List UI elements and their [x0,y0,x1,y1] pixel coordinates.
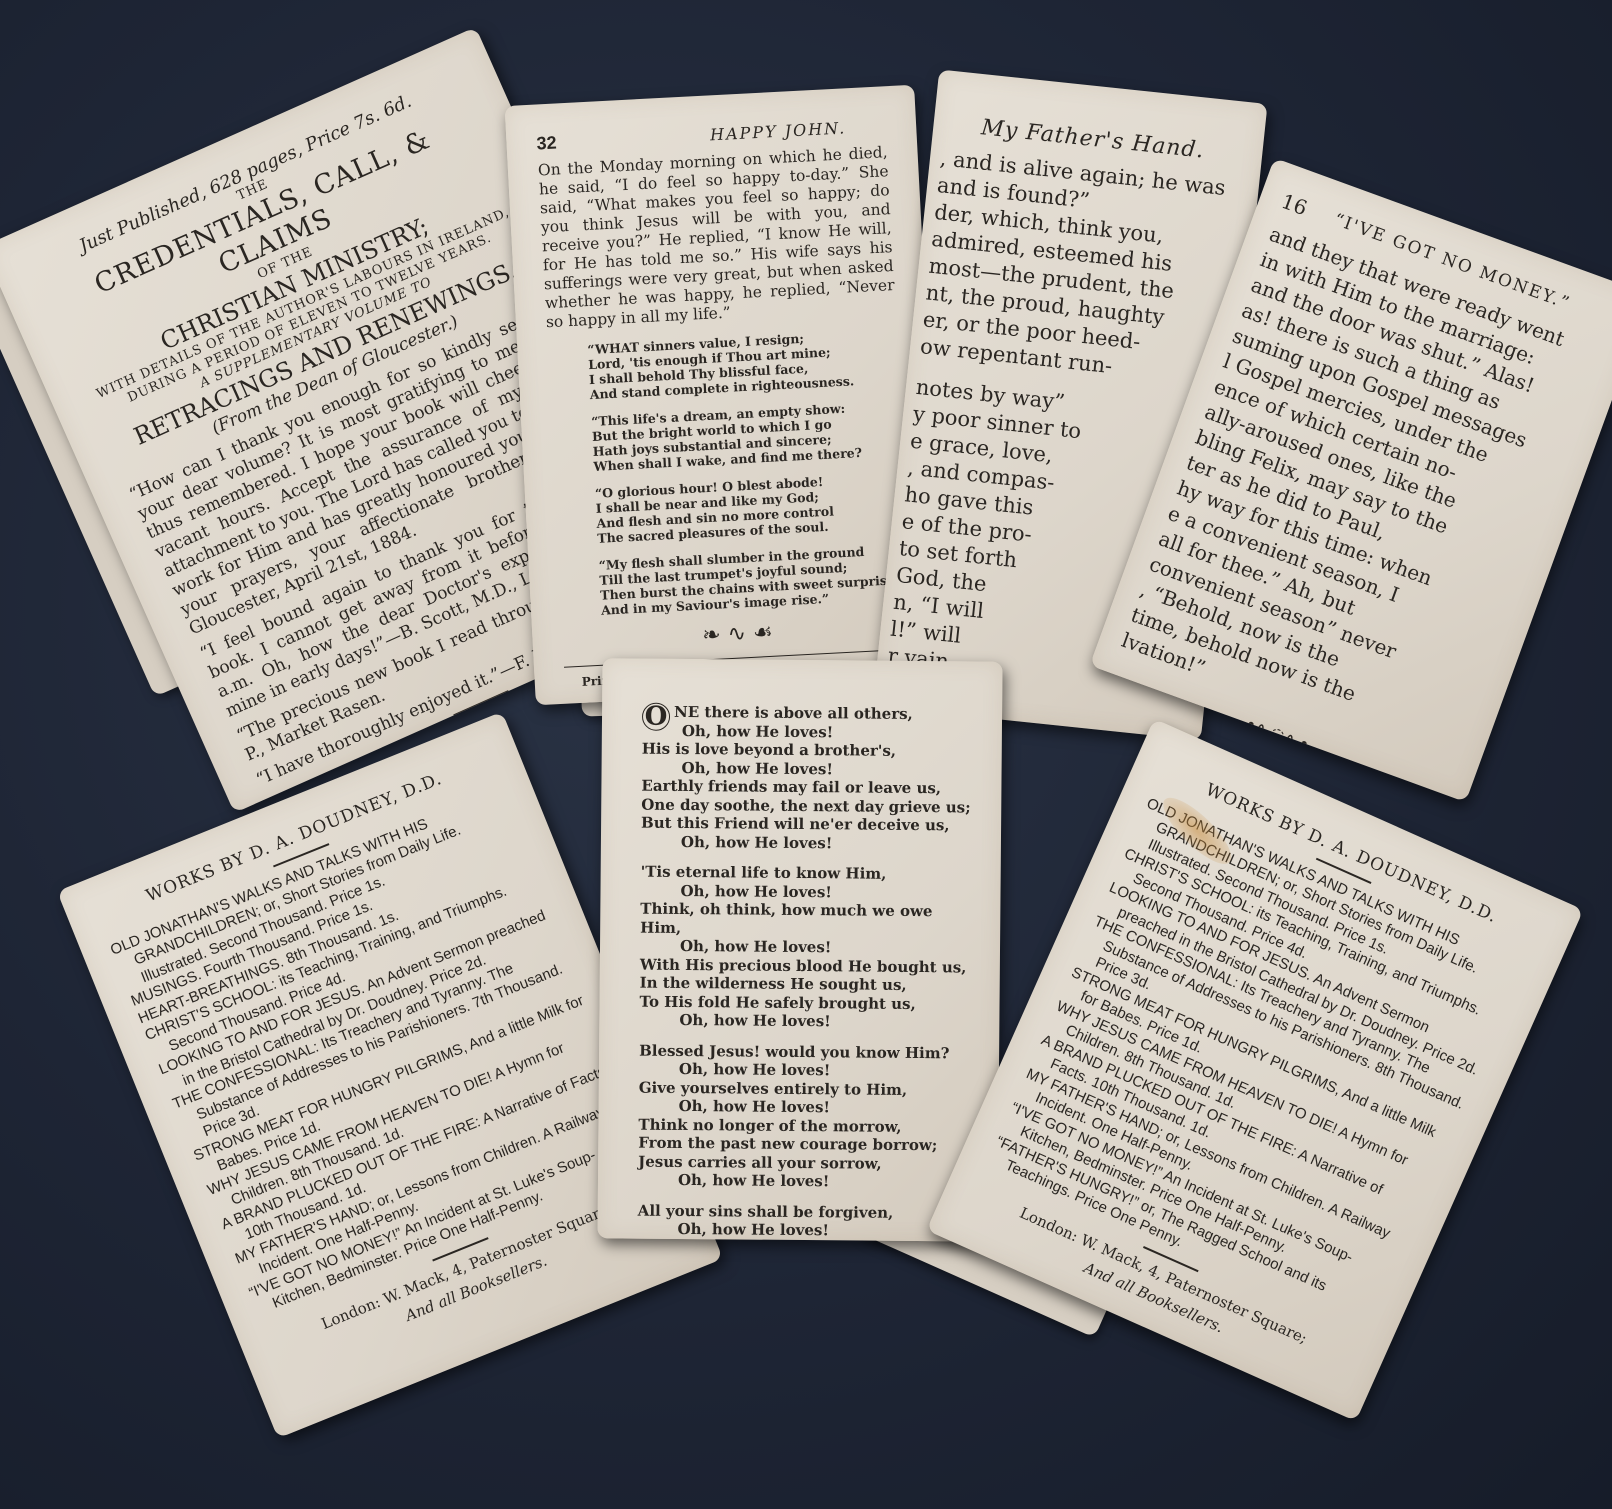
scroll-ornament-icon: ❧ ∿ ☙ [562,616,913,653]
refrain: Oh, how He loves! [639,1011,971,1032]
verse-2: “This life's a dream, an empty show: But… [591,398,904,474]
verse-3: “O glorious hour! O blest abode! I shall… [595,470,908,546]
refrain: Oh, how He loves! [639,1060,971,1081]
stanza-3: Blessed Jesus! would you know Him? Oh, h… [638,1041,971,1192]
verse-line: In the wilderness He sought us, [640,974,972,995]
stanza-4: All your sins shall be forgiven, Oh, how… [637,1201,970,1242]
verse-line: Think, oh think, how much we owe Him, [640,900,972,940]
verse-line: His is love beyond a brother's, [642,740,974,761]
page-number: 16 [1278,188,1311,222]
booklet-hymn: ONE there is above all others, Oh, how H… [597,658,1002,1241]
verse-line: But this Friend will ne'er deceive us, [641,814,973,835]
refrain: Oh, how He loves! [640,937,972,958]
verse-line: From the past new courage borrow; [638,1134,970,1155]
drop-cap-o-icon: O [642,703,670,731]
booklet-works-list-right: WORKS BY D. A. DOUDNEY, D.D. OLD JONATHA… [926,719,1583,1422]
booklet-happy-john: 32 HAPPY JOHN. On the Monday morning on … [505,85,946,706]
refrain: Oh, how He loves! [637,1220,969,1241]
stanza-2: 'Tis eternal life to know Him, Oh, how H… [639,863,972,1032]
verse-1: “WHAT sinners value, I resign; Lord, 'ti… [587,326,900,402]
narrative-text: On the Monday morning on which he died, … [538,143,896,332]
verse-line: Earthly friends may fail or leave us, [641,777,973,798]
refrain: Oh, how He loves! [641,832,973,853]
page-number: 32 [536,133,557,153]
verse-4: “My flesh shall slumber in the ground Ti… [598,542,911,618]
refrain: Oh, how He loves! [639,1097,971,1118]
verse-line: ONE there is above all others, [642,703,974,724]
refrain: Oh, how He loves! [638,1171,970,1192]
running-title: HAPPY JOHN. [710,118,847,144]
verse-line: 'Tis eternal life to know Him, [641,863,973,884]
stanza-1: ONE there is above all others, Oh, how H… [641,703,974,854]
